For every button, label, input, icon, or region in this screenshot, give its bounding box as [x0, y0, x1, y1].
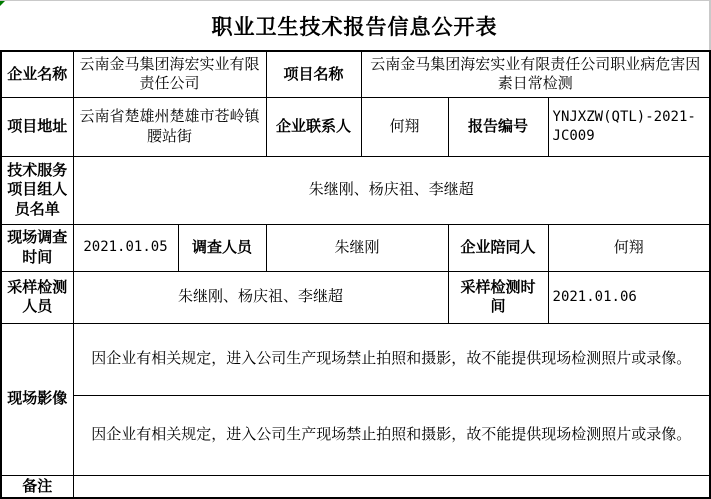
value-tech-service-team: 朱继刚、杨庆祖、李继超 — [73, 156, 710, 224]
row-team: 技术服务项目组人员名单 朱继刚、杨庆祖、李继超 — [1, 156, 710, 224]
row-remarks: 备注 — [1, 475, 710, 498]
label-project-address: 项目地址 — [1, 97, 73, 156]
label-sampling-date: 采样检测时间 — [448, 271, 548, 323]
label-company-name: 企业名称 — [1, 51, 73, 97]
row-address: 项目地址 云南省楚雄州楚雄市苍岭镇腰站街 企业联系人 何翔 报告编号 YNJXZ… — [1, 97, 710, 156]
info-table: 企业名称 云南金马集团海宏实业有限责任公司 项目名称 云南金马集团海宏实业有限责… — [0, 50, 711, 499]
label-remarks: 备注 — [1, 475, 73, 498]
value-site-survey-date: 2021.01.05 — [73, 224, 178, 271]
row-survey: 现场调查时间 2021.01.05 调查人员 朱继刚 企业陪同人 何翔 — [1, 224, 710, 271]
value-report-number: YNJXZW(QTL)-2021-JC009 — [548, 97, 710, 156]
value-sampling-date: 2021.01.06 — [548, 271, 710, 323]
label-site-media: 现场影像 — [1, 323, 73, 475]
label-tech-service-team: 技术服务项目组人员名单 — [1, 156, 73, 224]
label-site-survey-date: 现场调查时间 — [1, 224, 73, 271]
row-site-media-2: 因企业有相关规定，进入公司生产现场禁止拍照和摄影，故不能提供现场检测照片或录像。 — [1, 395, 710, 475]
label-project-name: 项目名称 — [266, 51, 361, 97]
value-company-escort: 何翔 — [548, 224, 710, 271]
value-company-name: 云南金马集团海宏实业有限责任公司 — [73, 51, 266, 97]
value-sampling-personnel: 朱继刚、杨庆祖、李继超 — [73, 271, 448, 323]
label-report-number: 报告编号 — [448, 97, 548, 156]
row-company: 企业名称 云南金马集团海宏实业有限责任公司 项目名称 云南金马集团海宏实业有限责… — [1, 51, 710, 97]
value-site-media-note-2: 因企业有相关规定，进入公司生产现场禁止拍照和摄影，故不能提供现场检测照片或录像。 — [73, 395, 710, 475]
value-project-address: 云南省楚雄州楚雄市苍岭镇腰站街 — [73, 97, 266, 156]
green-triangle-marker-icon — [0, 1, 5, 6]
document-page: 职业卫生技术报告信息公开表 企业名称 云南金马集团海宏实业有限责任公司 项目名称… — [0, 0, 711, 499]
value-company-contact: 何翔 — [361, 97, 448, 156]
form-title: 职业卫生技术报告信息公开表 — [0, 1, 709, 50]
label-surveyor: 调查人员 — [178, 224, 266, 271]
row-sampling: 采样检测人员 朱继刚、杨庆祖、李继超 采样检测时间 2021.01.06 — [1, 271, 710, 323]
label-company-escort: 企业陪同人 — [448, 224, 548, 271]
value-site-media-note-1: 因企业有相关规定，进入公司生产现场禁止拍照和摄影，故不能提供现场检测照片或录像。 — [73, 323, 710, 395]
value-surveyor: 朱继刚 — [266, 224, 448, 271]
label-company-contact: 企业联系人 — [266, 97, 361, 156]
row-site-media-1: 现场影像 因企业有相关规定，进入公司生产现场禁止拍照和摄影，故不能提供现场检测照… — [1, 323, 710, 395]
label-sampling-personnel: 采样检测人员 — [1, 271, 73, 323]
value-remarks — [73, 475, 710, 498]
value-project-name: 云南金马集团海宏实业有限责任公司职业病危害因素日常检测 — [361, 51, 710, 97]
